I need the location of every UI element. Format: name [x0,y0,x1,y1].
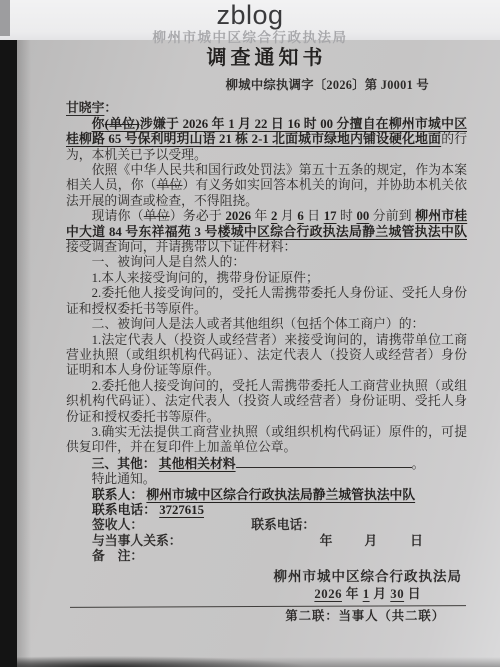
list-item-delegate: 2.委托他人接受询问的，受托人需携带委托人身份证、受托人身份证和授权委托书等原件… [66,286,467,317]
issuing-date: 2026 年 1 月 30 日 [274,587,463,602]
p3-month-unit: 月 [281,209,294,223]
issue-day: 30 [390,587,404,601]
p3-day-unit: 日 [307,209,320,223]
other-label: 三、其他： [92,457,156,471]
p2-unit-struck: 单位 [157,178,183,192]
addressee-colon: ： [104,101,117,115]
p3-unit-struck: 单位 [144,209,170,223]
other-materials-line: 三、其他： 其他相关材料。 [66,456,467,472]
p3-hour-unit: 时 [340,209,353,223]
contact-line: 联系人： 柳州市城中区综合行政执法局静兰城管执法中队 [92,488,467,503]
receiver-label: 签收人： [92,518,143,533]
phone-value: 3727615 [159,503,204,517]
issuing-agency: 柳州市城中区综合行政执法局 [274,569,463,585]
contact-value: 柳州市城中区综合行政执法局静兰城管执法中队 [146,488,415,502]
receiver-line: 签收人：联系电话： [92,518,467,533]
copy-note: 第二联：当事人（共二联） [66,609,467,624]
p3-month: 2 [271,209,277,223]
list-item-self: 1.本人来接受询问的，携带身份证原件； [66,271,467,286]
phone-line: 联系电话： 3727615 [92,503,467,518]
p3-minute: 00 [356,209,369,223]
relation-line: 与当事人关系：年月日 [92,534,467,549]
copy-separator-line [70,605,466,608]
issue-day-unit: 日 [408,587,421,601]
list-item-entity-delegate: 2.委托他人接受询问的，受托人需携带委托人工商营业执照（或组织机构代码证）、法定… [66,379,467,425]
other-period: 。 [412,457,425,471]
p1-you: 你 [92,117,105,131]
p3-year: 2026 [225,209,251,223]
document-body: 调查通知书 柳城中综执调字〔2026〕第 J0001 号 甘晓宇： 你(单位)涉… [66,46,467,624]
other-filled: 其他相关材料 [159,457,236,471]
p3-mid: ）务必于 [170,209,222,223]
list-item-copies: 3.确实无法提供工商营业执照（或组织机构代码证）原件的，可提供复印件，并在复印件… [66,425,467,456]
issue-year-unit: 年 [346,587,359,601]
other-blank-line [236,456,412,468]
document-title: 调查通知书 [66,46,467,70]
contact-label: 联系人： [92,488,143,502]
sign-year-char: 年 [320,534,333,549]
receiver-phone-label: 联系电话： [251,518,315,533]
issuing-signature: 柳州市城中区综合行政执法局 2026 年 1 月 30 日 [66,569,467,602]
list-item-legal-entity: 二、被询问人是法人或者其他组织（包括个体工商户）的： [66,317,467,332]
issue-month-unit: 月 [373,587,386,601]
p3-year-unit: 年 [254,209,267,223]
document-number: 柳城中综执调字〔2026〕第 J0001 号 [66,78,467,93]
addressee-line: 甘晓宇： [66,101,467,116]
sign-day-char: 日 [410,534,423,549]
sign-month-char: 月 [364,534,377,549]
paper-sheet: 调查通知书 柳城中综执调字〔2026〕第 J0001 号 甘晓宇： 你(单位)涉… [17,40,500,667]
issue-month: 1 [363,587,370,601]
notice-line: 特此通知。 [66,472,467,487]
p3-lead: 现请你（ [92,209,144,223]
signature-block: 柳州市城中区综合行政执法局 2026 年 1 月 30 日 [274,569,463,602]
p3-minute-unit: 分前到 [373,209,412,223]
p3-tail: 接受调查询问，并请携带以下证件材料： [66,240,296,254]
list-item-natural-person: 一、被询问人是自然人的： [66,255,467,270]
paragraph-summons: 现请你（单位）务必于 2026 年 2 月 6 日 17 时 00 分前到 柳州… [66,209,467,255]
paragraph-legal-basis: 依照《中华人民共和国行政处罚法》第五十五条的规定，作为本案相关人员，你（单位）有… [66,163,467,209]
document-photo: zblog 柳州市城中区综合行政执法局 调查通知书 柳城中综执调字〔2026〕第… [0,0,500,667]
agency-faint-header: 柳州市城中区综合行政执法局 [0,26,500,46]
phone-label: 联系电话： [92,503,156,517]
issue-year: 2026 [314,587,342,601]
addressee-name: 甘晓宇 [66,101,104,115]
remark-line: 备 注： [92,549,467,564]
list-item-representative: 1.法定代表人（投资人或经营者）来接受询问的，请携带单位工商营业执照（或组织机构… [66,333,467,379]
paragraph-allegation: 你(单位)涉嫌于 2026 年 1 月 22 日 16 时 00 分擅自在柳州市… [66,117,467,163]
p1-unit-struck: (单位) [105,117,140,131]
relation-label: 与当事人关系： [92,534,182,549]
p3-day: 6 [297,209,303,223]
p3-hour: 17 [324,209,337,223]
remark-label: 备 注： [92,549,143,564]
